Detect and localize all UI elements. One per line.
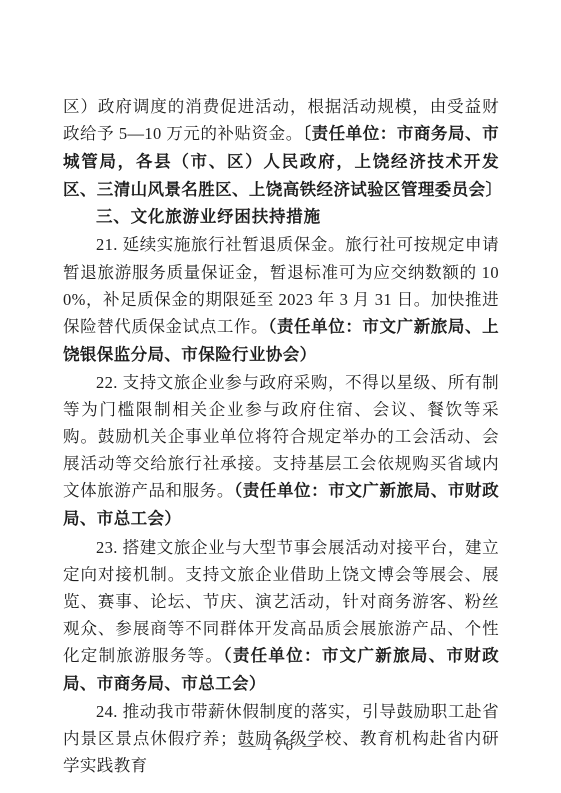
document-body: 区）政府调度的消费促进活动，根据活动规模，由受益财政给予 5—10 万元的补贴资… — [63, 93, 499, 779]
paragraph: 23. 搭建文旅企业与大型节事会展活动对接平台，建立定向对接机制。支持文旅企业借… — [63, 534, 499, 699]
body-text: 23. 搭建文旅企业与大型节事会展活动对接平台，建立定向对接机制。支持文旅企业借… — [63, 538, 499, 665]
paragraph: 21. 延续实施旅行社暂退质保金。旅行社可按规定申请暂退旅游服务质量保证金，暂退… — [63, 231, 499, 368]
paragraph: 22. 支持文旅企业参与政府采购，不得以星级、所有制等为门槛限制相关企业参与政府… — [63, 369, 499, 534]
paragraph: 区）政府调度的消费促进活动，根据活动规模，由受益财政给予 5—10 万元的补贴资… — [63, 93, 499, 204]
responsible-unit-text: 三、文化旅游业纾困扶持措施 — [96, 208, 321, 226]
section-heading: 三、文化旅游业纾困扶持措施 — [63, 204, 499, 231]
document-page: 区）政府调度的消费促进活动，根据活动规模，由受益财政给予 5—10 万元的补贴资… — [0, 0, 561, 793]
page-number: — 176 — — [0, 738, 561, 755]
